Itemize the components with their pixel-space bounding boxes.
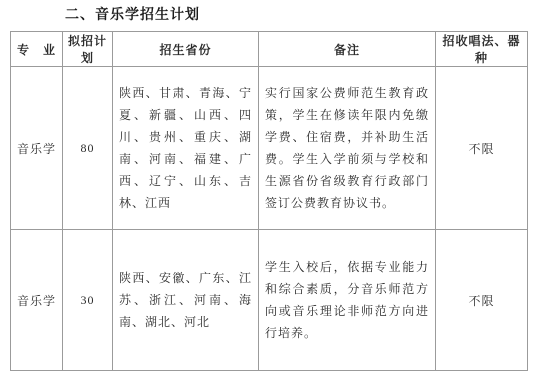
cell-remarks: 实行国家公费师范生教育政策，学生在修读年限内免缴学费、住宿费，并补助生活费。学生…	[259, 67, 436, 230]
cell-voice-instrument: 不限	[436, 67, 528, 230]
section-title: 二、音乐学招生计划	[65, 4, 200, 24]
cell-major: 音乐学	[11, 67, 63, 230]
document-page: 二、音乐学招生计划 专 业 拟招计划 招生省份 备注 招收唱法、器种 音乐学 8…	[0, 0, 542, 373]
table-header-row: 专 业 拟招计划 招生省份 备注 招收唱法、器种	[11, 32, 528, 67]
cell-planned-quota: 30	[63, 230, 113, 371]
header-voice-instrument: 招收唱法、器种	[436, 32, 528, 67]
cell-provinces: 陕西、甘肃、青海、宁夏、新疆、山西、四川、贵州、重庆、湖南、河南、福建、广西、辽…	[113, 67, 259, 230]
table-row: 音乐学 80 陕西、甘肃、青海、宁夏、新疆、山西、四川、贵州、重庆、湖南、河南、…	[11, 67, 528, 230]
header-planned-quota: 拟招计划	[63, 32, 113, 67]
header-remarks: 备注	[259, 32, 436, 67]
cell-remarks: 学生入校后，依据专业能力和综合素质，分音乐师范方向或音乐理论非师范方向进行培养。	[259, 230, 436, 371]
enrollment-plan-table: 专 业 拟招计划 招生省份 备注 招收唱法、器种 音乐学 80 陕西、甘肃、青海…	[10, 31, 528, 371]
cell-major: 音乐学	[11, 230, 63, 371]
cell-voice-instrument: 不限	[436, 230, 528, 371]
cell-provinces: 陕西、安徽、广东、江苏、浙江、河南、海南、湖北、河北	[113, 230, 259, 371]
header-provinces: 招生省份	[113, 32, 259, 67]
header-major: 专 业	[11, 32, 63, 67]
table-row: 音乐学 30 陕西、安徽、广东、江苏、浙江、河南、海南、湖北、河北 学生入校后，…	[11, 230, 528, 371]
cell-planned-quota: 80	[63, 67, 113, 230]
